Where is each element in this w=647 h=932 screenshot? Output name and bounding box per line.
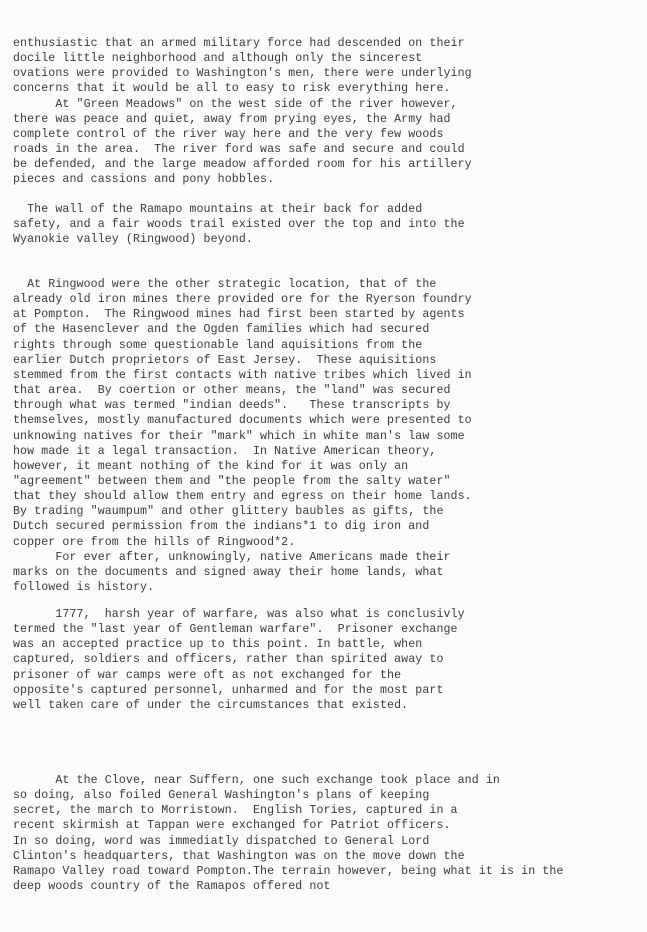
text-line: marks on the documents and signed away t… xyxy=(13,565,444,580)
text-line: enthusiastic that an armed military forc… xyxy=(13,36,465,51)
text-line: how made it a legal transaction. In Nati… xyxy=(13,444,436,459)
text-line: deep woods country of the Ramapos offere… xyxy=(13,879,331,894)
text-line: through what was termed "indian deeds". … xyxy=(13,398,451,413)
text-line: "agreement" between them and "the people… xyxy=(13,474,451,489)
text-line: captured, soldiers and officers, rather … xyxy=(13,652,444,667)
text-line: so doing, also foiled General Washington… xyxy=(13,788,429,803)
text-line: The wall of the Ramapo mountains at thei… xyxy=(13,202,422,217)
text-line: secret, the march to Morristown. English… xyxy=(13,803,458,818)
text-line: prisoner of war camps were oft as not ex… xyxy=(13,668,401,683)
text-line: roads in the area. The river ford was sa… xyxy=(13,142,465,157)
text-line: however, it meant nothing of the kind fo… xyxy=(13,459,408,474)
text-line: pieces and cassions and pony hobbles. xyxy=(13,172,274,187)
text-line: 1777, harsh year of warfare, was also wh… xyxy=(13,607,465,622)
text-line: rights through some questionable land aq… xyxy=(13,338,422,353)
text-line: concerns that it would be all to easy to… xyxy=(13,81,451,96)
text-line: Dutch secured permission from the indian… xyxy=(13,519,429,534)
text-line: that they should allow them entry and eg… xyxy=(13,489,472,504)
text-line: themselves, mostly manufactured document… xyxy=(13,413,472,428)
text-line: Clinton's headquarters, that Washington … xyxy=(13,849,465,864)
text-line: of the Hasenclever and the Ogden familie… xyxy=(13,322,429,337)
text-line: At the Clove, near Suffern, one such exc… xyxy=(13,773,500,788)
text-line: already old iron mines there provided or… xyxy=(13,292,472,307)
text-line: In so doing, word was immediatly dispatc… xyxy=(13,834,429,849)
text-line: opposite's captured personnel, unharmed … xyxy=(13,683,444,698)
text-line: Ramapo Valley road toward Pompton.The te… xyxy=(13,864,563,879)
text-line: unknowing natives for their "mark" which… xyxy=(13,429,465,444)
text-line: termed the "last year of Gentleman warfa… xyxy=(13,622,458,637)
text-line: be defended, and the large meadow afford… xyxy=(13,157,472,172)
text-line: For ever after, unknowingly, native Amer… xyxy=(13,550,451,565)
text-line: there was peace and quiet, away from pry… xyxy=(13,112,451,127)
text-line: copper ore from the hills of Ringwood*2. xyxy=(13,535,295,550)
document-page: enthusiastic that an armed military forc… xyxy=(0,0,647,932)
text-line: By trading "waumpum" and other glittery … xyxy=(13,504,444,519)
text-line: at Pompton. The Ringwood mines had first… xyxy=(13,307,465,322)
text-line: recent skirmish at Tappan were exchanged… xyxy=(13,818,451,833)
text-line: Wyanokie valley (Ringwood) beyond. xyxy=(13,232,253,247)
text-line: earlier Dutch proprietors of East Jersey… xyxy=(13,353,436,368)
text-line: well taken care of under the circumstanc… xyxy=(13,698,408,713)
text-line: was an accepted practice up to this poin… xyxy=(13,637,422,652)
text-line: that area. By coertion or other means, t… xyxy=(13,383,451,398)
text-line: ovations were provided to Washington's m… xyxy=(13,66,472,81)
text-line: followed is history. xyxy=(13,580,154,595)
text-line: stemmed from the first contacts with nat… xyxy=(13,368,472,383)
text-line: At Ringwood were the other strategic loc… xyxy=(13,277,436,292)
text-line: safety, and a fair woods trail existed o… xyxy=(13,217,465,232)
text-line: At "Green Meadows" on the west side of t… xyxy=(13,97,458,112)
text-line: docile little neighborhood and although … xyxy=(13,51,422,66)
text-line: complete control of the river way here a… xyxy=(13,127,444,142)
